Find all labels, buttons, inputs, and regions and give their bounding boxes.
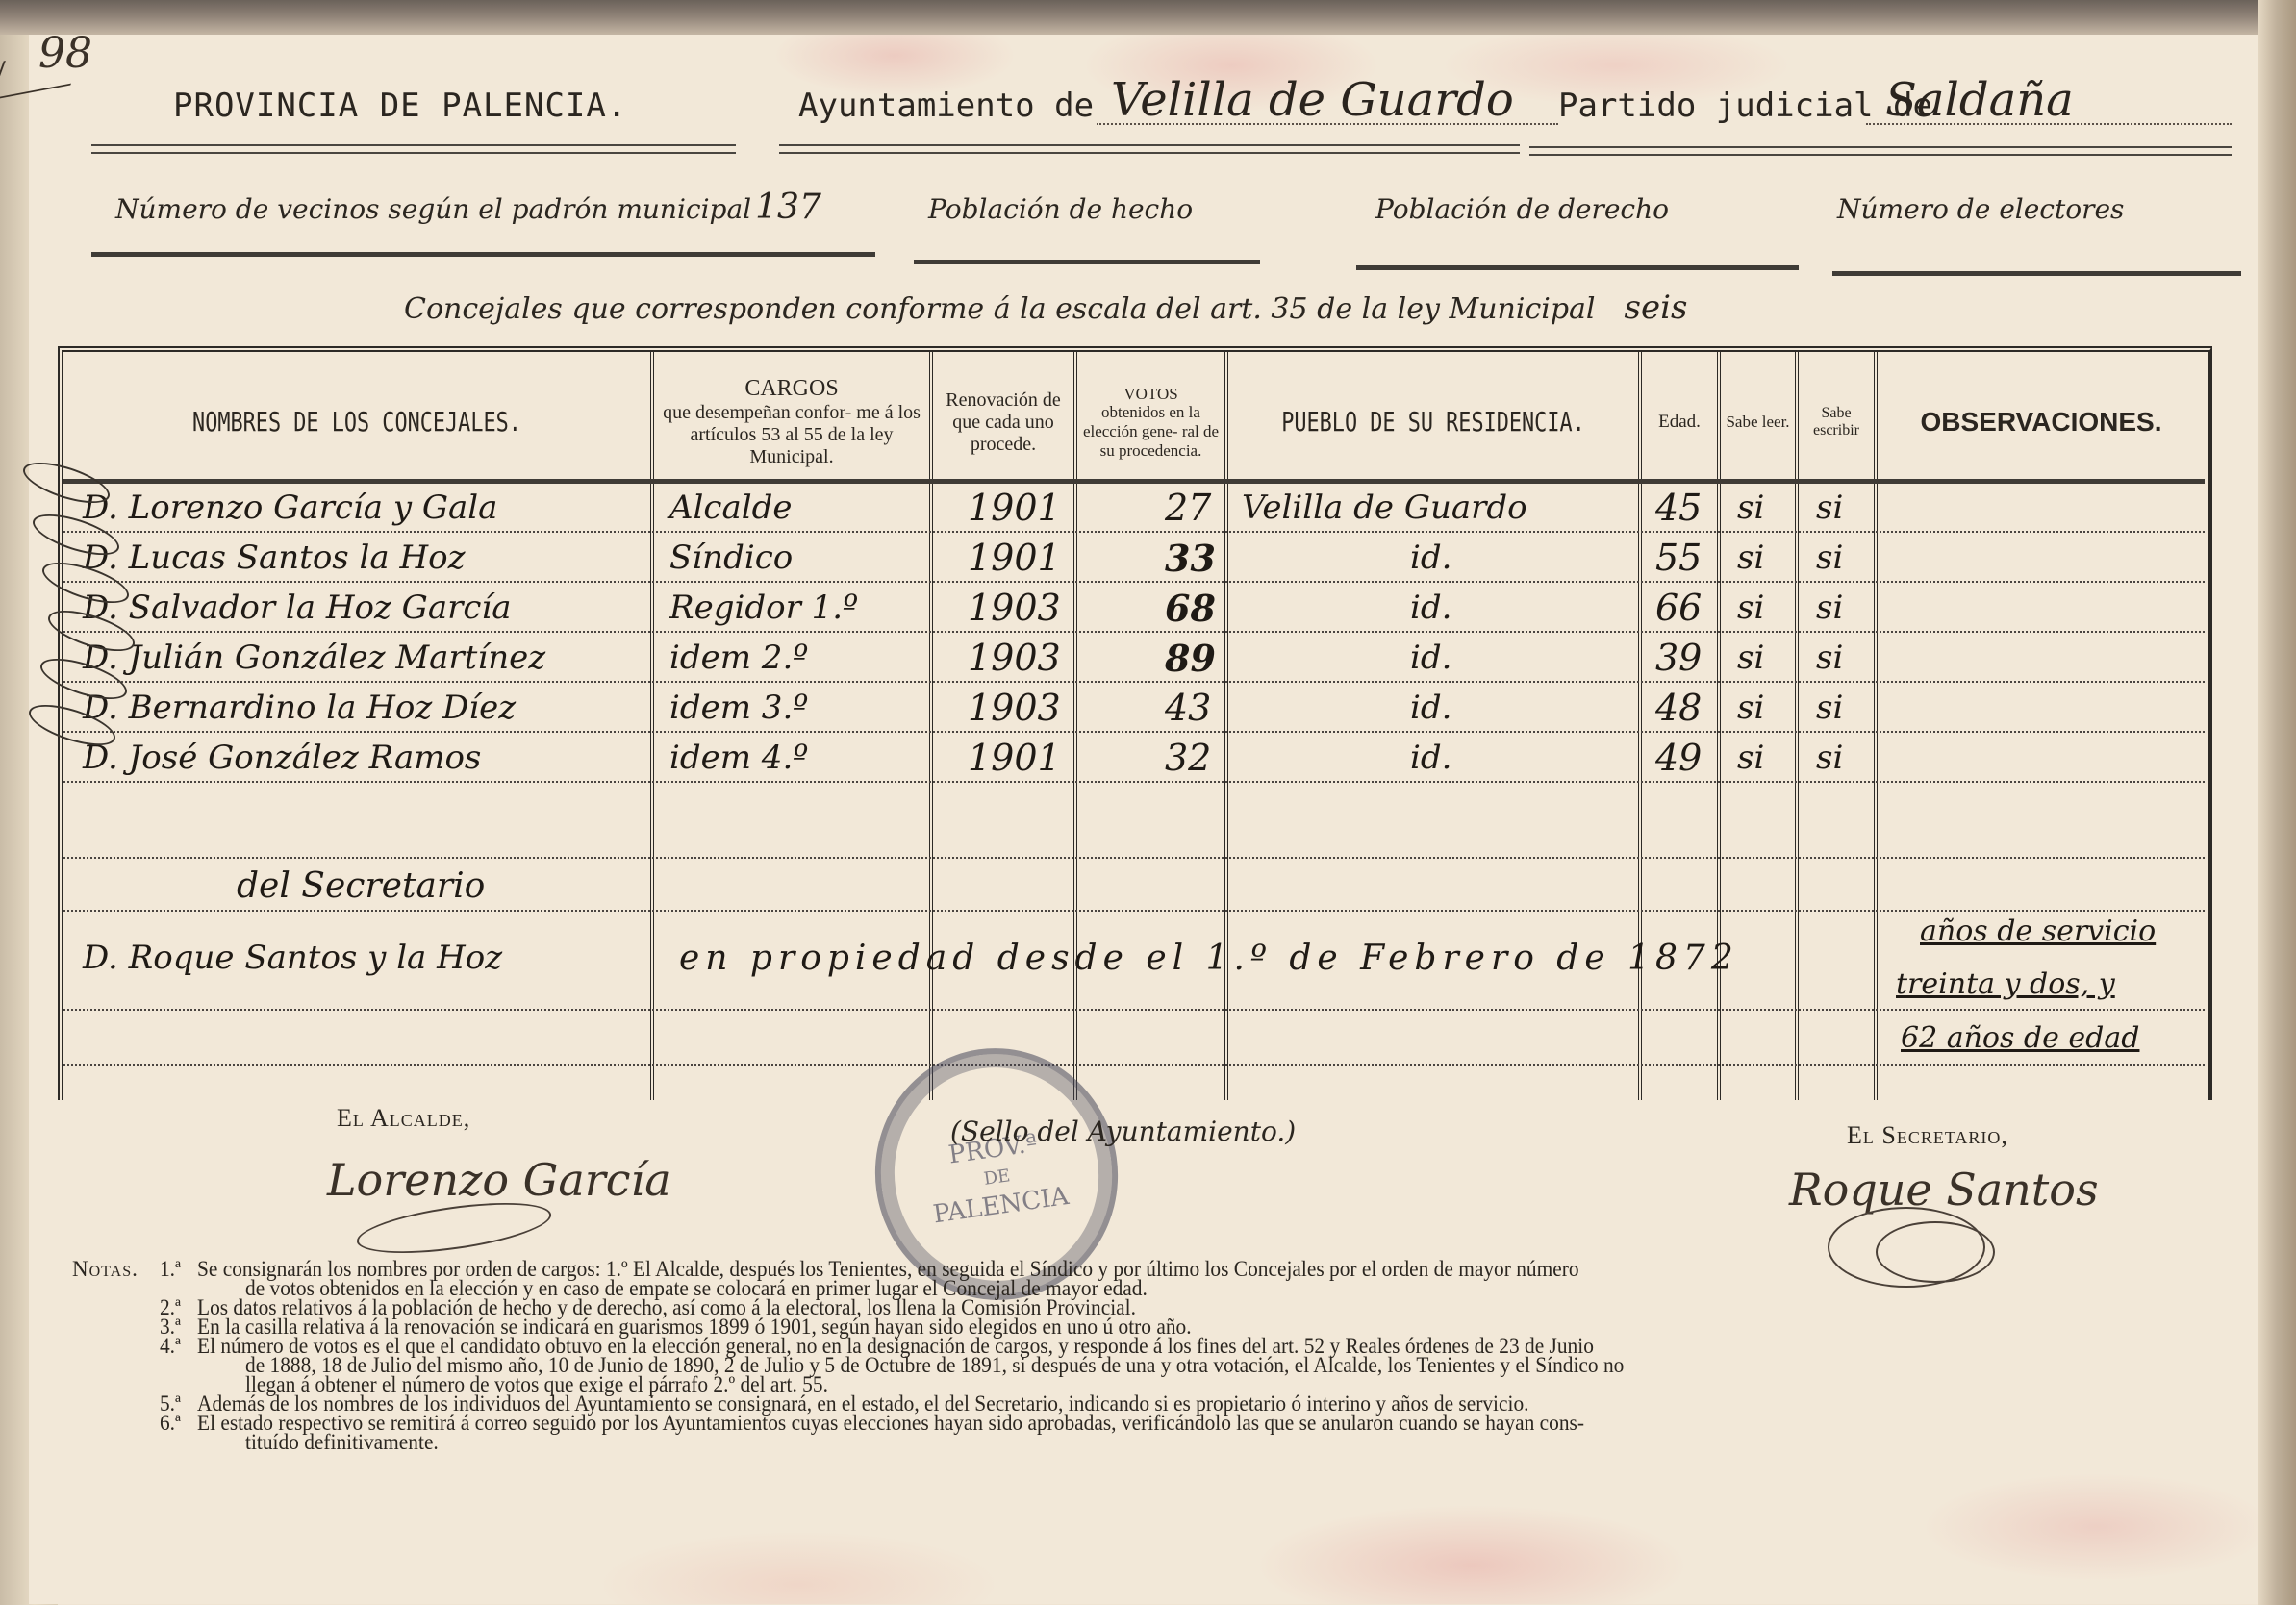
cell-renovacion: 1901 [968, 737, 1061, 779]
header-rule-2 [779, 144, 1520, 154]
census-line: Número de vecinos según el padrón munici… [115, 188, 2251, 245]
cell-leer: si [1737, 689, 1764, 727]
secretario-obs-2: treinta y dos, y [1896, 967, 2115, 1001]
partido-value: Saldaña [1885, 73, 2074, 127]
book-edge-right [2258, 0, 2296, 1605]
cell-cargo: idem 4.º [669, 739, 808, 777]
header-sabe-leer: Sabe leer. [1721, 365, 1795, 479]
cell-votos: 27 [1165, 487, 1211, 529]
poblacion-hecho-label: Población de hecho [928, 193, 1193, 225]
cell-edad: 45 [1655, 487, 1702, 529]
cell-edad: 48 [1655, 687, 1702, 729]
cell-votos: 33 [1165, 537, 1216, 580]
cell-edad: 66 [1655, 587, 1702, 629]
cell-leer: si [1737, 539, 1764, 577]
partido-label: Partido judicial de [1558, 87, 1932, 125]
cell-escribir: si [1816, 689, 1843, 727]
census-rule-2 [914, 260, 1260, 264]
cell-renovacion: 1903 [968, 637, 1061, 679]
electores-field: Número de electores [1837, 188, 2128, 227]
poblacion-hecho-field: Población de hecho [928, 188, 1197, 227]
census-rule-1 [91, 252, 875, 257]
cell-escribir: si [1816, 539, 1843, 577]
vecinos-value: 137 [751, 188, 821, 227]
notas-label: Notas. [72, 1260, 139, 1279]
concejales-scale-value: seis [1596, 288, 1688, 327]
cell-votos: 43 [1165, 687, 1211, 729]
secretario-signature: Roque Santos [1789, 1164, 2099, 1216]
row-rule [63, 1064, 2205, 1066]
cell-cargo: Síndico [669, 539, 793, 577]
header-nombres: NOMBRES DE LOS CONCEJALES. [128, 365, 586, 479]
vecinos-field: Número de vecinos según el padrón munici… [115, 188, 821, 227]
header-rule [63, 479, 2205, 484]
sello-label: (Sello del Ayuntamiento.) [950, 1116, 1296, 1147]
header-cargos: CARGOS que desempeñan confor- me á los a… [654, 365, 929, 479]
cell-renovacion: 1903 [968, 587, 1061, 629]
cell-nombre: D. Lorenzo García y Gala [83, 489, 497, 527]
secretario-obs-3: 62 años de edad [1901, 1021, 2139, 1055]
cell-escribir: si [1816, 489, 1843, 527]
header-sabe-escribir: Sabe escribir [1799, 365, 1874, 479]
secretario-detalle: en propiedad desde el 1.º de Febrero de … [679, 939, 1739, 978]
electores-label: Número de electores [1837, 193, 2124, 225]
cell-pueblo: id. [1410, 689, 1451, 727]
cell-votos: 89 [1165, 637, 1216, 680]
poblacion-derecho-field: Población de derecho [1375, 188, 1673, 227]
provincia-title: PROVINCIA DE PALENCIA. [173, 87, 627, 125]
cell-nombre: D. Bernardino la Hoz Díez [83, 689, 516, 727]
header-votos: VOTOS obtenidos en la elección gene- ral… [1077, 365, 1224, 479]
document-header: PROVINCIA DE PALENCIA. Ayuntamiento de V… [173, 87, 2241, 144]
ayuntamiento-label: Ayuntamiento de [798, 87, 1094, 125]
nota-6-cont: tituído definitivamente. [245, 1433, 439, 1452]
header-observaciones: OBSERVACIONES. [1878, 365, 2205, 479]
row-rule [63, 910, 2205, 912]
census-rule-3 [1356, 265, 1799, 270]
vecinos-label: Número de vecinos según el padrón munici… [115, 193, 751, 225]
alcalde-signature: Lorenzo García [327, 1154, 671, 1206]
row-rule [63, 531, 2205, 533]
cell-cargo: Alcalde [669, 489, 793, 527]
cell-nombre: D. Lucas Santos la Hoz [83, 539, 466, 577]
cell-pueblo: id. [1410, 589, 1451, 627]
cell-cargo: idem 3.º [669, 689, 808, 727]
cell-nombre: D. Julián González Martínez [83, 639, 545, 677]
header-edad: Edad. [1642, 365, 1717, 479]
concejales-scale-line: Concejales que corresponden conforme á l… [404, 288, 1687, 327]
cell-edad: 55 [1655, 537, 1702, 579]
cell-pueblo: id. [1410, 739, 1451, 777]
cell-renovacion: 1903 [968, 687, 1061, 729]
header-rule-3 [1529, 146, 2232, 156]
book-edge-top [0, 0, 2296, 35]
cell-leer: si [1737, 639, 1764, 677]
alcalde-label: El Alcalde, [337, 1104, 470, 1133]
row-rule [63, 731, 2205, 733]
poblacion-derecho-label: Población de derecho [1375, 193, 1669, 225]
cell-cargo: idem 2.º [669, 639, 808, 677]
header-pueblo: PUEBLO DE SU RESIDENCIA. [1274, 365, 1593, 479]
cell-escribir: si [1816, 739, 1843, 777]
cell-pueblo: Velilla de Guardo [1242, 489, 1527, 527]
cell-renovacion: 1901 [968, 487, 1061, 529]
cell-cargo: Regidor 1.º [669, 589, 858, 627]
cell-renovacion: 1901 [968, 537, 1061, 579]
row-rule [63, 1009, 2205, 1011]
cell-pueblo: id. [1410, 639, 1451, 677]
secretario-label: El Secretario, [1847, 1121, 2008, 1150]
header-rule-1 [91, 144, 736, 154]
secretario-nombre: D. Roque Santos y la Hoz [83, 939, 502, 977]
cell-pueblo: id. [1410, 539, 1451, 577]
ayuntamiento-value: Velilla de Guardo [1111, 73, 1514, 127]
row-rule [63, 581, 2205, 583]
secretario-obs-1: años de servicio [1920, 915, 2156, 948]
cell-nombre: D. José González Ramos [83, 739, 481, 777]
secretario-flourish [1876, 1221, 1995, 1283]
cell-nombre: D. Salvador la Hoz García [83, 589, 512, 627]
concejales-scale-label: Concejales que corresponden conforme á l… [404, 292, 1596, 326]
row-rule [63, 681, 2205, 683]
cell-leer: si [1737, 739, 1764, 777]
col-divider [1224, 352, 1228, 1100]
row-rule [63, 857, 2205, 859]
header-renovacion: Renovación de que cada uno procede. [933, 365, 1073, 479]
cell-votos: 68 [1165, 587, 1216, 630]
cell-votos: 32 [1165, 737, 1211, 779]
cell-escribir: si [1816, 589, 1843, 627]
cell-edad: 49 [1655, 737, 1702, 779]
census-rule-4 [1832, 271, 2241, 276]
cell-leer: si [1737, 489, 1764, 527]
cell-leer: si [1737, 589, 1764, 627]
cell-edad: 39 [1655, 637, 1702, 679]
concejales-table: NOMBRES DE LOS CONCEJALES. CARGOS que de… [58, 346, 2212, 1100]
row-rule [63, 781, 2205, 783]
row-rule [63, 631, 2205, 633]
cell-escribir: si [1816, 639, 1843, 677]
secretario-heading: del Secretario [237, 866, 485, 906]
